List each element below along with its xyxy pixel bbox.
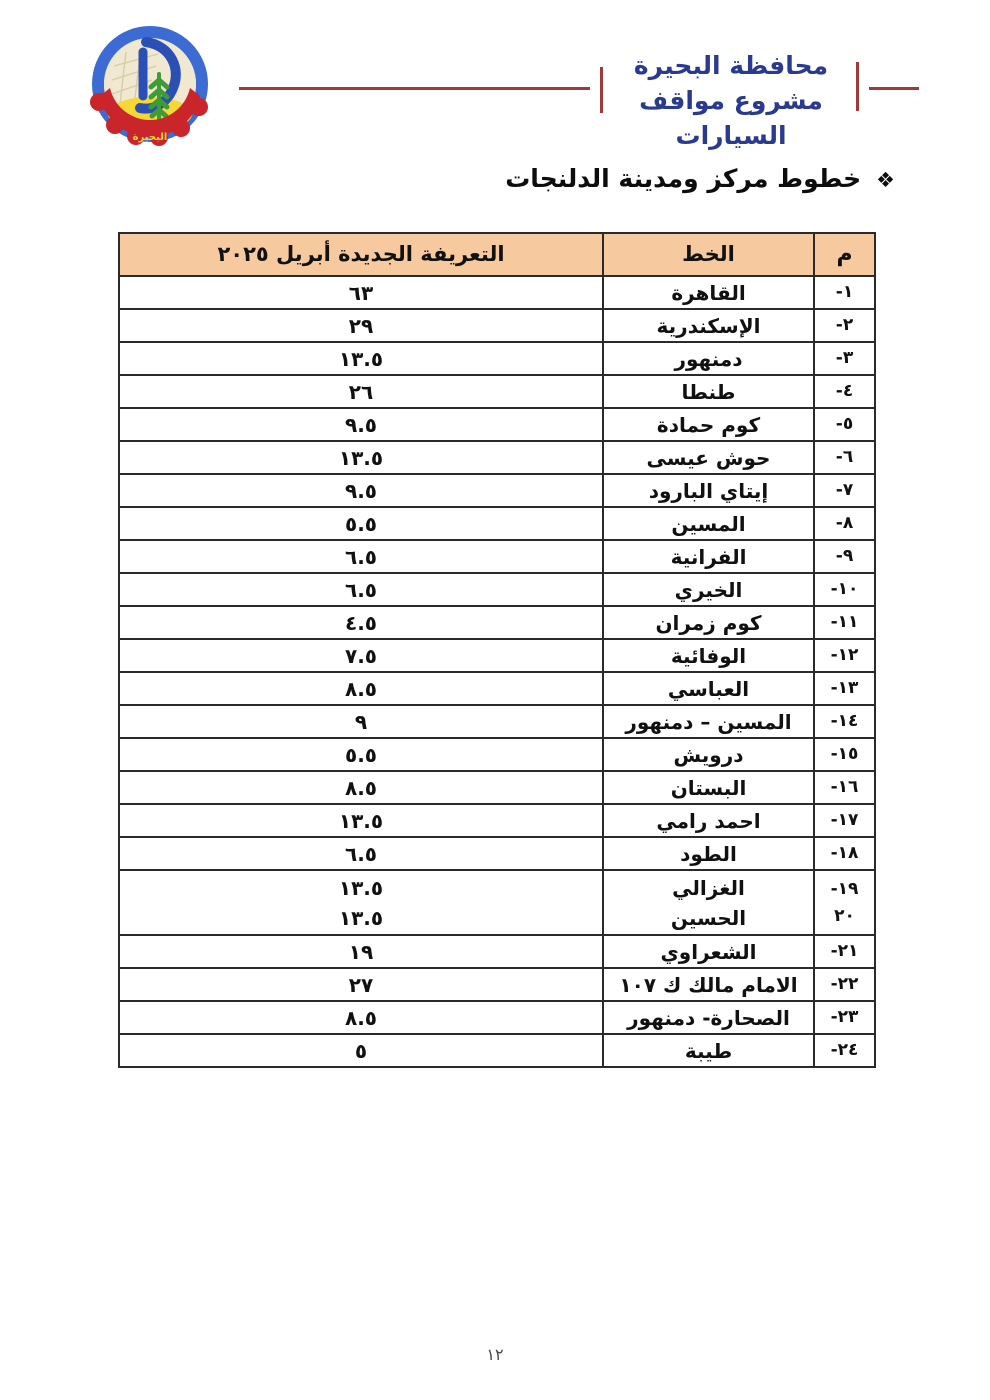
table-row: ٢٤- طيبة ٥ bbox=[120, 1033, 874, 1066]
row-fare: ٢٩ bbox=[120, 310, 602, 341]
row-line: كوم حمادة bbox=[602, 409, 813, 440]
table-row: ١٢- الوفائية ٧.٥ bbox=[120, 638, 874, 671]
row-line: الخيري bbox=[602, 574, 813, 605]
row-line: الغزالي الحسين bbox=[602, 871, 813, 934]
row-line: الصحارة- دمنهور bbox=[602, 1002, 813, 1033]
row-fare: ٥.٥ bbox=[120, 508, 602, 539]
row-fare: ١٣.٥ bbox=[120, 805, 602, 836]
row-line: الإسكندرية bbox=[602, 310, 813, 341]
page-number: ١٢ bbox=[0, 1345, 990, 1364]
row-fare: ٥.٥ bbox=[120, 739, 602, 770]
row-fare: ٢٦ bbox=[120, 376, 602, 407]
row-no: ٢٣- bbox=[813, 1002, 874, 1033]
row-fare: ٩ bbox=[120, 706, 602, 737]
row-no-line2: ٢٠ bbox=[834, 908, 855, 925]
row-line: القاهرة bbox=[602, 277, 813, 308]
row-line: الشعراوي bbox=[602, 936, 813, 967]
table-row: ١٤- المسين – دمنهور ٩ bbox=[120, 704, 874, 737]
row-fare: ٨.٥ bbox=[120, 673, 602, 704]
column-header-fare: التعريفة الجديدة أبريل ٢٠٢٥ bbox=[120, 234, 602, 275]
row-fare: ٩.٥ bbox=[120, 409, 602, 440]
row-no: ٦- bbox=[813, 442, 874, 473]
row-fare: ٦.٥ bbox=[120, 574, 602, 605]
table-header-row: م الخط التعريفة الجديدة أبريل ٢٠٢٥ bbox=[120, 234, 874, 275]
row-no: ١٥- bbox=[813, 739, 874, 770]
row-no: ٥- bbox=[813, 409, 874, 440]
row-fare: ١٣.٥ bbox=[120, 442, 602, 473]
table-row: ٨- المسين ٥.٥ bbox=[120, 506, 874, 539]
letterhead: محافظة البحيرة مشروع مواقف السيارات bbox=[606, 48, 856, 153]
table-row: ١١- كوم زمران ٤.٥ bbox=[120, 605, 874, 638]
row-no: ١٤- bbox=[813, 706, 874, 737]
row-fare: ٦٣ bbox=[120, 277, 602, 308]
row-line: إيتاي البارود bbox=[602, 475, 813, 506]
row-fare: ١٣.٥ bbox=[120, 343, 602, 374]
row-no: ٤- bbox=[813, 376, 874, 407]
table-row: ١٣- العباسي ٨.٥ bbox=[120, 671, 874, 704]
row-line: المسين – دمنهور bbox=[602, 706, 813, 737]
org-name: محافظة البحيرة bbox=[606, 48, 856, 83]
row-line-line2: الحسين bbox=[671, 908, 746, 928]
row-fare: ٢٧ bbox=[120, 969, 602, 1000]
row-fare: ١٩ bbox=[120, 936, 602, 967]
section-title: ❖ خطوط مركز ومدينة الدلنجات bbox=[505, 164, 895, 193]
row-no: ١٧- bbox=[813, 805, 874, 836]
row-no: ٣- bbox=[813, 343, 874, 374]
column-header-no: م bbox=[813, 234, 874, 275]
row-line: دمنهور bbox=[602, 343, 813, 374]
row-fare: ١٣.٥ ١٣.٥ bbox=[120, 871, 602, 934]
section-title-text: خطوط مركز ومدينة الدلنجات bbox=[505, 164, 861, 193]
project-name: مشروع مواقف السيارات bbox=[606, 83, 856, 153]
table-row: ١٥- درويش ٥.٥ bbox=[120, 737, 874, 770]
row-line: الامام مالك ك ١٠٧ bbox=[602, 969, 813, 1000]
row-line: طيبة bbox=[602, 1035, 813, 1066]
row-no: ١٢- bbox=[813, 640, 874, 671]
row-line: احمد رامي bbox=[602, 805, 813, 836]
row-fare: ٧.٥ bbox=[120, 640, 602, 671]
row-fare: ٨.٥ bbox=[120, 1002, 602, 1033]
row-line: درويش bbox=[602, 739, 813, 770]
row-no: ١٣- bbox=[813, 673, 874, 704]
table-row-merged: ١٩- ٢٠ الغزالي الحسين ١٣.٥ ١٣.٥ bbox=[120, 869, 874, 934]
row-line: العباسي bbox=[602, 673, 813, 704]
header-bar-left bbox=[600, 67, 603, 113]
row-line: المسين bbox=[602, 508, 813, 539]
table-row: ٧- إيتاي البارود ٩.٥ bbox=[120, 473, 874, 506]
table-row: ١٦- البستان ٨.٥ bbox=[120, 770, 874, 803]
table-row: ٢٢- الامام مالك ك ١٠٧ ٢٧ bbox=[120, 967, 874, 1000]
row-no: ١٩- ٢٠ bbox=[813, 871, 874, 934]
row-fare: ٦.٥ bbox=[120, 838, 602, 869]
table-row: ١٧- احمد رامي ١٣.٥ bbox=[120, 803, 874, 836]
table-row: ٢٣- الصحارة- دمنهور ٨.٥ bbox=[120, 1000, 874, 1033]
table-row: ٣- دمنهور ١٣.٥ bbox=[120, 341, 874, 374]
row-fare: ٥ bbox=[120, 1035, 602, 1066]
row-no: ٨- bbox=[813, 508, 874, 539]
row-no: ١٠- bbox=[813, 574, 874, 605]
row-no: ٢٤- bbox=[813, 1035, 874, 1066]
row-no: ١- bbox=[813, 277, 874, 308]
document-page: البحيرة محافظة البحيرة مشروع مواقف السيا… bbox=[0, 0, 990, 1400]
row-no: ١٨- bbox=[813, 838, 874, 869]
governorate-logo-icon: البحيرة bbox=[86, 26, 214, 152]
table-row: ١٠- الخيري ٦.٥ bbox=[120, 572, 874, 605]
tariff-table: م الخط التعريفة الجديدة أبريل ٢٠٢٥ ١- ال… bbox=[118, 232, 876, 1068]
row-fare: ٤.٥ bbox=[120, 607, 602, 638]
row-no: ١١- bbox=[813, 607, 874, 638]
row-no-line1: ١٩- bbox=[831, 881, 859, 898]
row-fare-line2: ١٣.٥ bbox=[339, 908, 383, 928]
row-no: ٩- bbox=[813, 541, 874, 572]
row-no: ٧- bbox=[813, 475, 874, 506]
row-no: ٢٢- bbox=[813, 969, 874, 1000]
header-rule-short bbox=[869, 87, 919, 90]
row-fare: ٨.٥ bbox=[120, 772, 602, 803]
table-row: ٩- الفرانية ٦.٥ bbox=[120, 539, 874, 572]
table-row: ٦- حوش عيسى ١٣.٥ bbox=[120, 440, 874, 473]
table-row: ٢١- الشعراوي ١٩ bbox=[120, 934, 874, 967]
row-line: طنطا bbox=[602, 376, 813, 407]
row-line-line1: الغزالي bbox=[672, 878, 745, 898]
table-row: ٢- الإسكندرية ٢٩ bbox=[120, 308, 874, 341]
row-line: كوم زمران bbox=[602, 607, 813, 638]
table-row: ٤- طنطا ٢٦ bbox=[120, 374, 874, 407]
table-row: ١- القاهرة ٦٣ bbox=[120, 275, 874, 308]
row-fare: ٦.٥ bbox=[120, 541, 602, 572]
row-line: الطود bbox=[602, 838, 813, 869]
row-line: الفرانية bbox=[602, 541, 813, 572]
row-no: ١٦- bbox=[813, 772, 874, 803]
row-line: الوفائية bbox=[602, 640, 813, 671]
logo-text: البحيرة bbox=[133, 132, 168, 143]
table-row: ٥- كوم حمادة ٩.٥ bbox=[120, 407, 874, 440]
row-no: ٢- bbox=[813, 310, 874, 341]
header-rule-long bbox=[239, 87, 590, 90]
row-fare-line1: ١٣.٥ bbox=[339, 878, 383, 898]
header-bar-right bbox=[856, 62, 859, 111]
row-fare: ٩.٥ bbox=[120, 475, 602, 506]
row-line: حوش عيسى bbox=[602, 442, 813, 473]
column-header-line: الخط bbox=[602, 234, 813, 275]
row-line: البستان bbox=[602, 772, 813, 803]
diamond-bullet-icon: ❖ bbox=[876, 168, 895, 192]
table-row: ١٨- الطود ٦.٥ bbox=[120, 836, 874, 869]
row-no: ٢١- bbox=[813, 936, 874, 967]
